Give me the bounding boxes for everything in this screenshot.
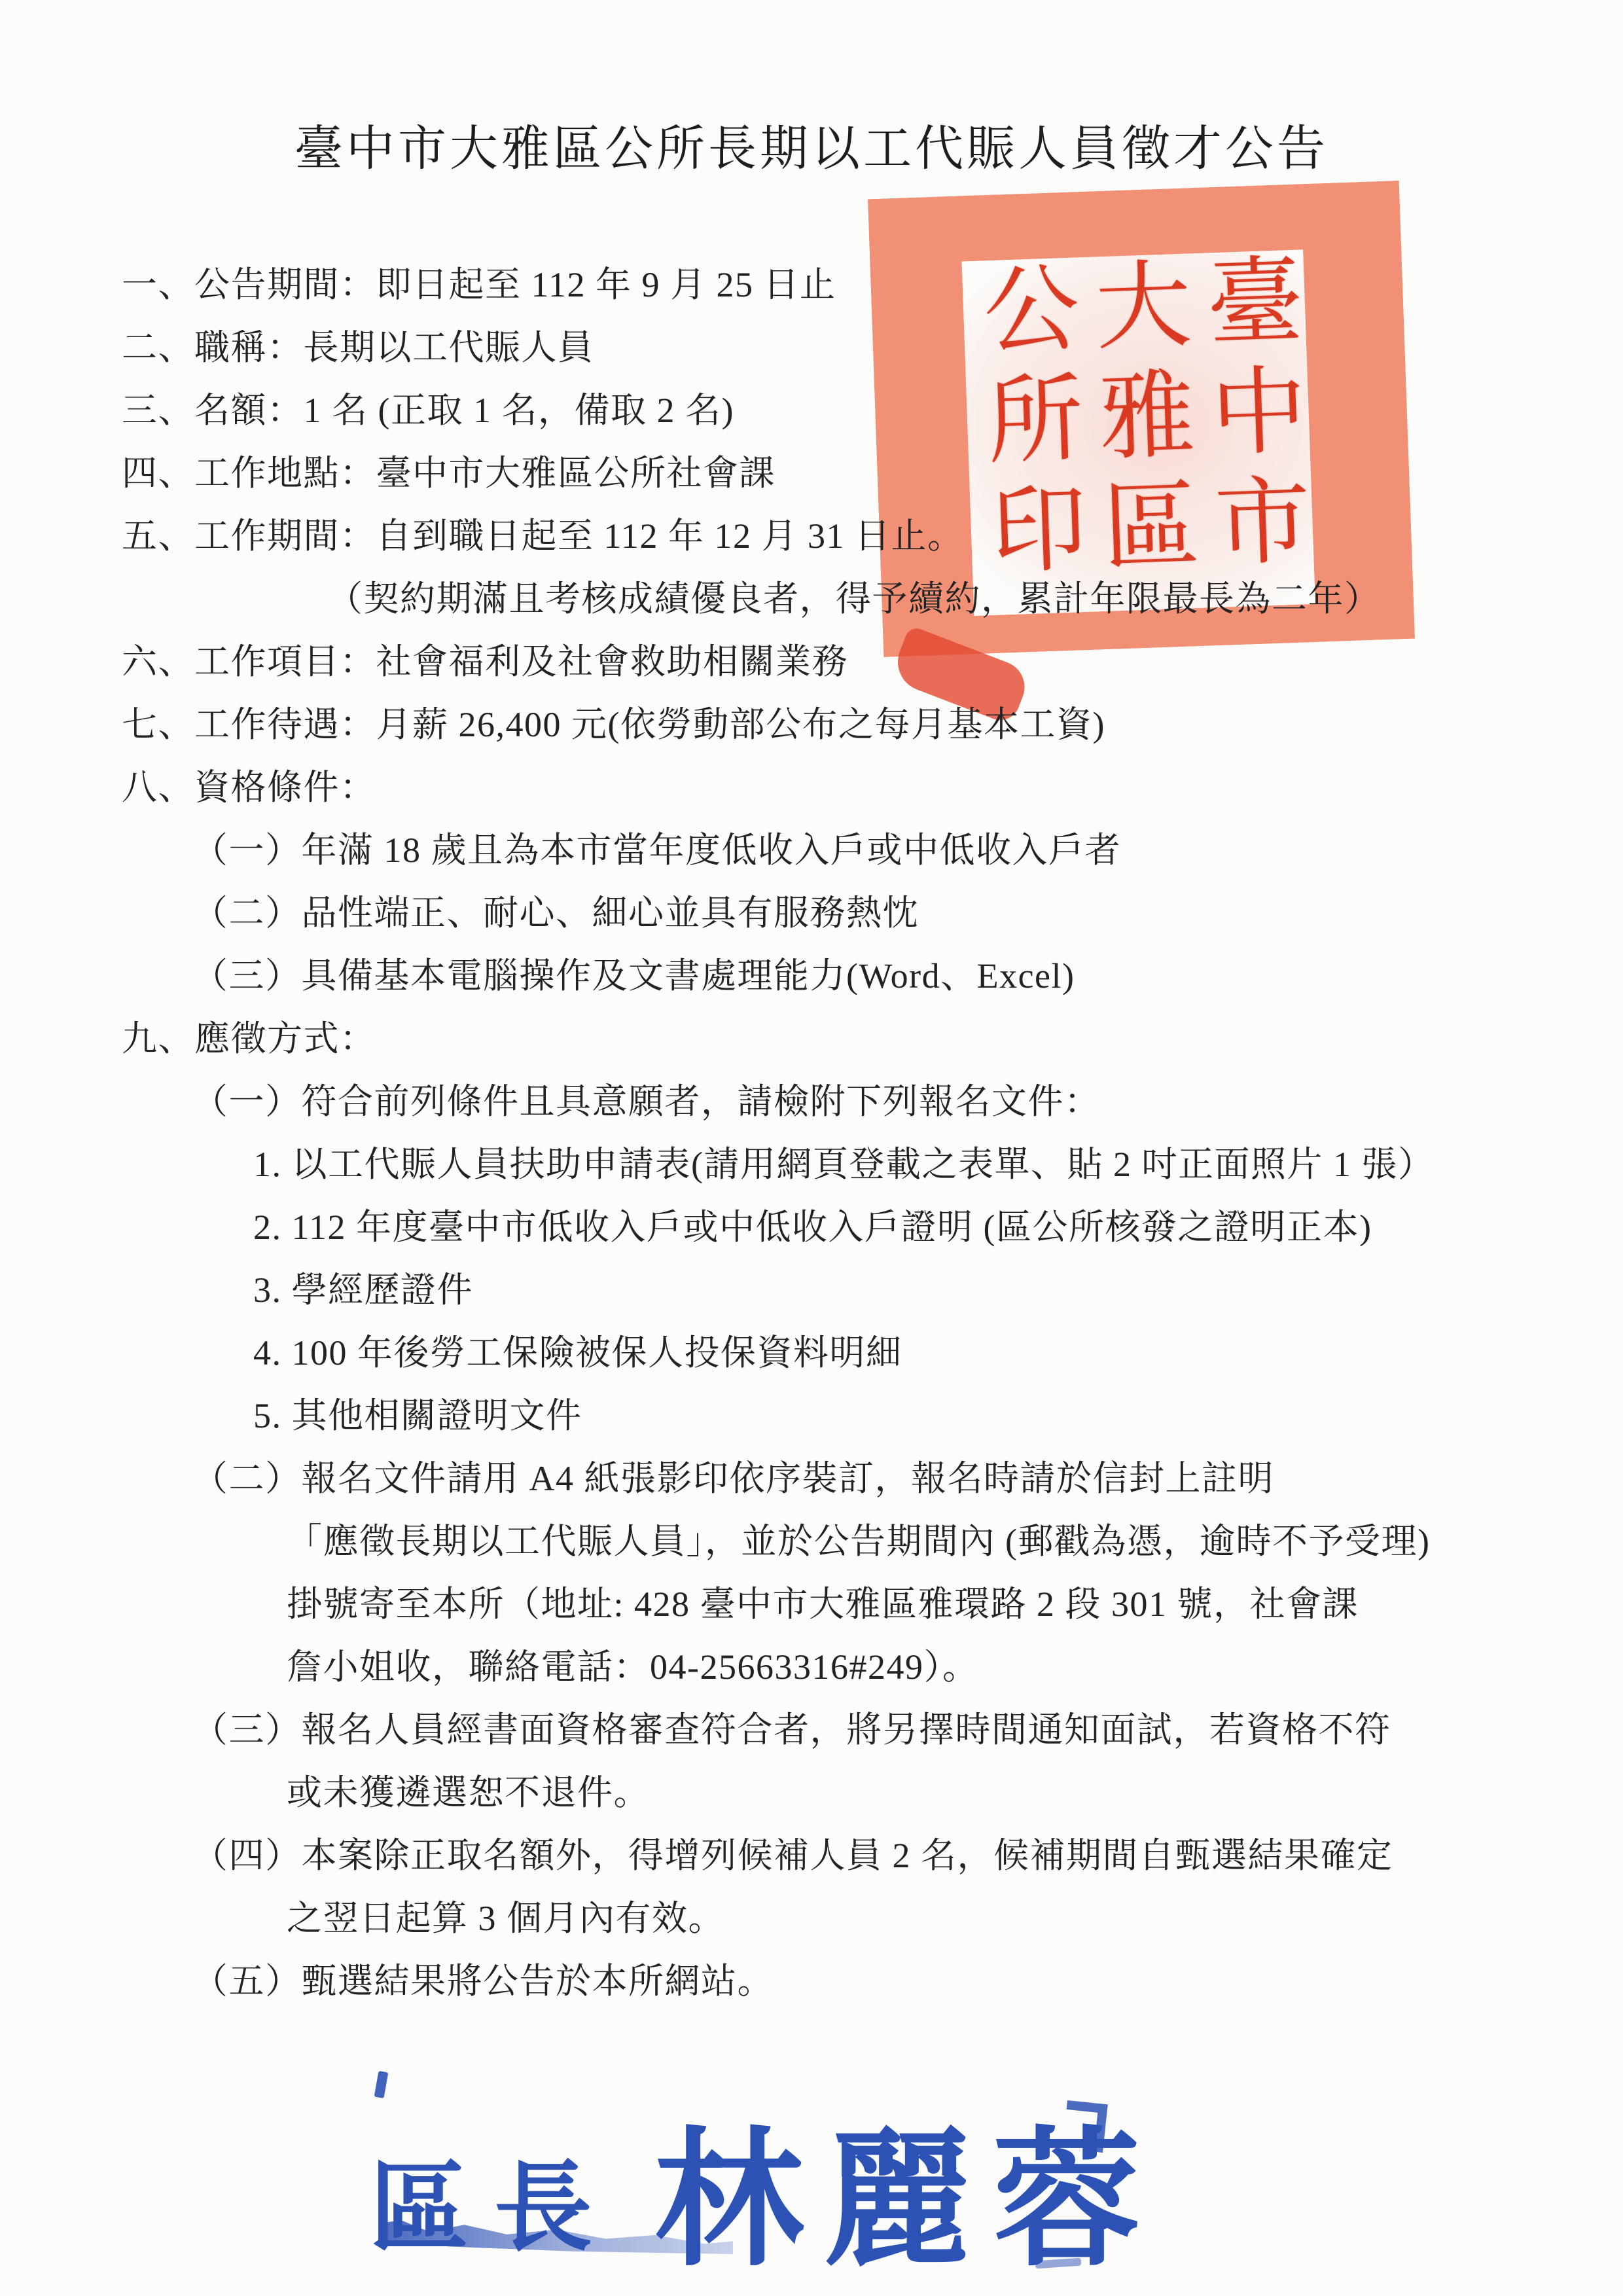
text-line: （一）年滿 18 歲且為本市當年度低收入戶或中低收入戶者 (192, 816, 1535, 878)
announcement-body: 一、公告期間：即日起至 112 年 9 月 25 日止二、職稱：長期以工代賑人員… (122, 250, 1535, 2009)
text-line: 1. 以工代賑人員扶助申請表(請用網頁登載之表單、貼 2 吋正面照片 1 張） (253, 1130, 1535, 1193)
text-line: 詹小姐收，聯絡電話：04-25663316#249）。 (287, 1632, 1535, 1695)
text-line: （一）符合前列條件且具意願者，請檢附下列報名文件： (192, 1067, 1535, 1130)
text-line: （二）報名文件請用 A4 紙張影印依序裝訂，報名時請於信封上註明 (192, 1444, 1535, 1507)
text-line: （契約期滿且考核成績優良者，得予續約，累計年限最長為二年） (327, 564, 1535, 627)
text-line: 三、名額：1 名 (正取 1 名，備取 2 名) (122, 376, 1535, 439)
text-line: 一、公告期間：即日起至 112 年 9 月 25 日止 (122, 250, 1535, 313)
text-line: （二）品性端正、耐心、細心並具有服務熱忱 (192, 878, 1535, 941)
text-line: 四、工作地點：臺中市大雅區公所社會課 (122, 439, 1535, 501)
text-line: 4. 100 年後勞工保險被保人投保資料明細 (253, 1318, 1535, 1381)
text-line: 3. 學經歷證件 (253, 1255, 1535, 1318)
text-line: （四）本案除正取名額外，得增列候補人員 2 名，候補期間自甄選結果確定 (192, 1821, 1535, 1884)
text-line: 2. 112 年度臺中市低收入戶或中低收入戶證明 (區公所核發之證明正本) (253, 1193, 1535, 1255)
text-line: 七、工作待遇：月薪 26,400 元(依勞動部公布之每月基本工資) (122, 690, 1535, 753)
text-line: （三）具備基本電腦操作及文書處理能力(Word、Excel) (192, 941, 1535, 1004)
text-line: 「應徵長期以工代賑人員」，並於公告期間內 (郵戳為憑，逾時不予受理) (287, 1507, 1535, 1570)
signature-frame-corner (1062, 2100, 1107, 2153)
text-line: 九、應徵方式： (122, 1004, 1535, 1067)
text-line: 掛號寄至本所（地址: 428 臺中市大雅區雅環路 2 段 301 號，社會課 (287, 1570, 1535, 1632)
text-line: 五、工作期間：自到職日起至 112 年 12 月 31 日止。 (122, 501, 1535, 564)
text-line: 六、工作項目：社會福利及社會救助相關業務 (122, 627, 1535, 690)
text-line: （三）報名人員經書面資格審查符合者，將另擇時間通知面試，若資格不符 (192, 1695, 1535, 1758)
text-line: 二、職稱：長期以工代賑人員 (122, 313, 1535, 376)
text-line: 之翌日起算 3 個月內有效。 (287, 1884, 1535, 1946)
text-line: 或未獲遴選恕不退件。 (287, 1758, 1535, 1821)
signature-office-title: 區長 (370, 2160, 618, 2276)
text-line: 八、資格條件： (122, 753, 1535, 816)
page-title: 臺中市大雅區公所長期以工代賑人員徵才公告 (0, 110, 1623, 179)
scanned-announcement-page: 臺中市 大雅區 公所印 臺中市大雅區公所長期以工代賑人員徵才公告 一、公告期間：… (0, 0, 1623, 2296)
text-line: （五）甄選結果將公告於本所網站。 (192, 1946, 1535, 2009)
text-line: 5. 其他相關證明文件 (253, 1381, 1535, 1444)
